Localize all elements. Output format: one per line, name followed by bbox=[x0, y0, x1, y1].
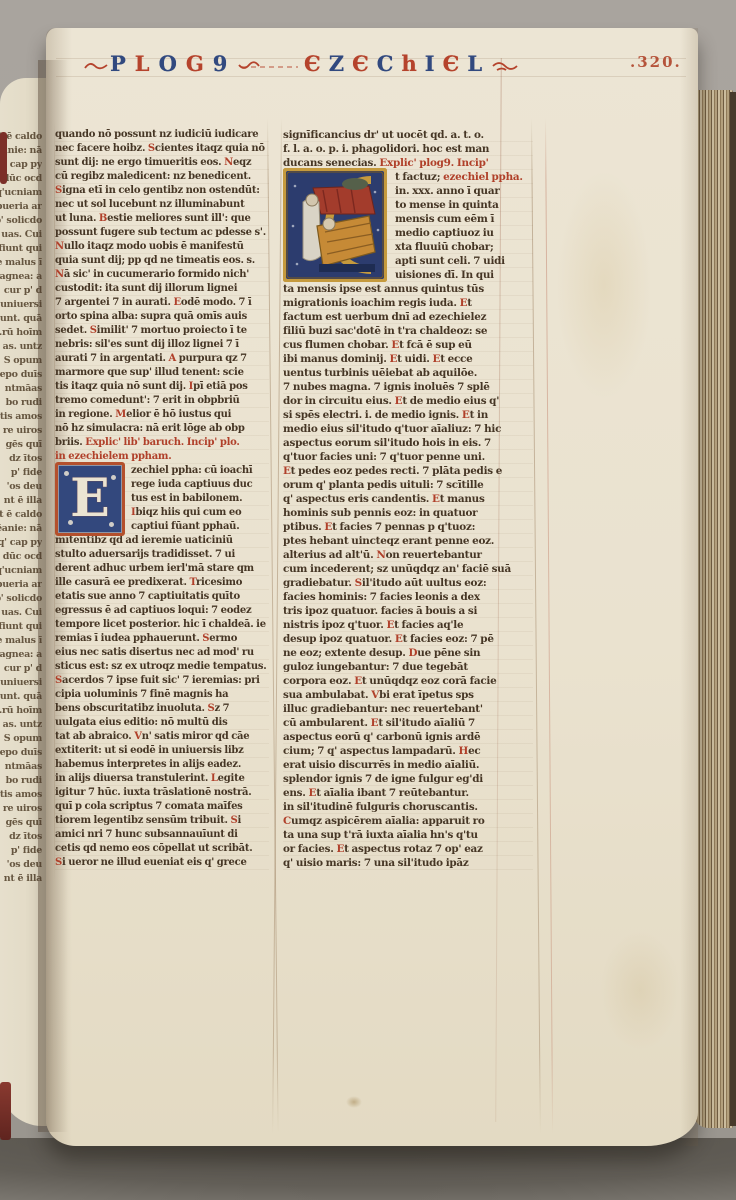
text-segment: biqz hiis qui cum eo bbox=[135, 507, 241, 518]
text-line: ptibus. Et facies 7 pennas p q'tuoz: bbox=[283, 520, 533, 534]
text-segment: mītentibz qd ad ieremie uaticiniū bbox=[55, 535, 233, 546]
text-line: bens obscuritatibz inuoluta. Sz 7 bbox=[55, 702, 269, 716]
gutter-text-fragment: ntmāas bbox=[0, 382, 42, 396]
text-segment: uulgata eius editio: nō multū dis bbox=[55, 717, 227, 728]
text-line: alterius ad alt'ū. Non reuertebantur bbox=[283, 548, 533, 562]
gutter-text-fragment: a uas. Cui bbox=[0, 606, 42, 620]
text-segment: orum q' planta pedis uituli: 7 scītille bbox=[283, 479, 484, 491]
header-letter: G bbox=[186, 51, 213, 76]
text-segment: D bbox=[409, 647, 418, 659]
text-line: aspectus eorū q' carbonū ignis ardē bbox=[283, 730, 533, 744]
gutter-text-fragment: unt. quā bbox=[0, 312, 42, 326]
gutter-text-fragment: tis amos bbox=[0, 788, 42, 802]
text-segment: igitur 7 hūc. iuxta trāslationē nostrā. bbox=[55, 787, 252, 798]
text-segment: in alijs diuersa transtulerint. bbox=[55, 773, 211, 784]
text-segment: V bbox=[371, 689, 379, 701]
text-line: factum est uerbum dnī ad ezechielez bbox=[283, 310, 533, 324]
text-segment: 7 nubes magna. 7 ignis inoluēs 7 splē bbox=[283, 381, 490, 393]
text-segment: nō hz simulacra: nā erit lōge ab obp bbox=[55, 423, 245, 434]
text-segment: in ezechielem ppham. bbox=[55, 451, 172, 462]
text-segment: z 7 bbox=[215, 703, 230, 714]
text-segment: facies hominis: 7 facies leonis a dex bbox=[283, 591, 480, 603]
gutter-text-fragment: ī q'ucniam bbox=[0, 186, 42, 200]
text-segment: ezechiel ppha. bbox=[443, 171, 523, 183]
text-segment: filiū buzi sac'dotē in t'ra chaldeoz: se bbox=[283, 325, 487, 337]
text-line: eius nec satis disertus nec ad mod' ru bbox=[55, 646, 269, 660]
text-segment: S bbox=[55, 185, 62, 196]
gutter-text-fragment: S opum bbox=[0, 732, 42, 746]
text-line: cetis qd nemo eos cōpellat ut scribāt. bbox=[55, 842, 269, 856]
filigree-dot bbox=[109, 522, 114, 527]
text-segment: E bbox=[336, 843, 344, 855]
text-line: cū ambularent. Et sil'itudo aīaliū 7 bbox=[283, 716, 533, 730]
gutter-text-fragment: ī q'ucniam bbox=[0, 564, 42, 578]
header-letter: h bbox=[402, 51, 425, 76]
text-segment: f. l. a. o. p. i. phagolidori. hoc est m… bbox=[283, 143, 489, 155]
text-line: dor in circuitu eius. Et de medio eius q… bbox=[283, 394, 533, 408]
text-line: in regione. Melior ē hō iustus qui bbox=[55, 408, 269, 422]
text-segment: E bbox=[462, 409, 470, 421]
text-line: orum q' planta pedis uituli: 7 scītille bbox=[283, 478, 533, 492]
text-line: corpora eoz. Et unūqdqz eoz corā facie bbox=[283, 674, 533, 688]
text-line: in alijs diuersa transtulerint. Legite bbox=[55, 772, 269, 786]
text-segment: on reuertebantur bbox=[386, 549, 482, 561]
text-segment: marmore que sup' illud tenent: scie bbox=[55, 367, 244, 378]
text-segment: acerdos 7 ipse fuit sic' 7 ieremias: pri bbox=[62, 675, 260, 686]
text-segment: factum est uerbum dnī ad ezechielez bbox=[283, 311, 486, 323]
text-segment: H bbox=[458, 745, 468, 757]
gutter-text-fragment: j fiunt qui bbox=[0, 242, 42, 256]
text-segment: pī etiā pos bbox=[193, 381, 248, 392]
bed-base bbox=[319, 264, 375, 272]
text-line: ille casurā ee predixerat. Tricesimo bbox=[55, 576, 269, 590]
text-segment: habemus interpretes in alijs eadez. bbox=[55, 759, 241, 770]
parchment-stain bbox=[346, 1096, 362, 1108]
text-segment: in sil'itudinē fulguris choruscantis. bbox=[283, 801, 478, 813]
manuscript-photo-scene: nit ē caldoēanie: nāq' cap pya dūc ocd'ī… bbox=[0, 0, 736, 1200]
text-segment: derent adhuc urbem ierl'mā stare qm bbox=[55, 563, 254, 574]
text-segment: n' satis miror qd cāe bbox=[142, 731, 250, 742]
header-letter: L bbox=[135, 51, 159, 76]
facing-page-text-fragments: nit ē caldoēanie: nāq' cap pya dūc ocd'ī… bbox=[0, 130, 42, 1090]
text-line: ens. Et aīalia ibant 7 reūtebantur. bbox=[283, 786, 533, 800]
text-segment: briis. bbox=[55, 437, 85, 448]
text-segment: S bbox=[148, 143, 155, 154]
text-segment: quī p cola scriptus 7 comata maīfes bbox=[55, 801, 243, 812]
text-line: guloz iungebantur: 7 due tegebāt bbox=[283, 660, 533, 674]
gutter-text-fragment: epo duīs bbox=[0, 746, 42, 760]
text-line: nō hz simulacra: nā erit lōge ab obp bbox=[55, 422, 269, 436]
text-segment: amici nri 7 hunc subsannauīunt di bbox=[55, 829, 238, 840]
text-segment: cū ambularent. bbox=[283, 717, 371, 729]
text-segment: ptibus. bbox=[283, 521, 324, 533]
text-line: 7 argentei 7 in aurati. Eodē modo. 7 ī bbox=[55, 296, 269, 310]
text-segment: ec bbox=[468, 745, 480, 757]
text-segment: cus flumen chobar. bbox=[283, 339, 391, 351]
text-line: q'tuor facies uni: 7 q'tuor penne uni. bbox=[283, 450, 533, 464]
binding-edge-right bbox=[730, 92, 736, 1126]
text-segment: E bbox=[173, 297, 180, 308]
text-segment: medio eius sil'itudo q'tuor aīaliuz: 7 h… bbox=[283, 423, 501, 435]
text-segment: tus est in babilonem. bbox=[131, 493, 242, 504]
gutter-text-fragment: nt ē illa bbox=[0, 494, 42, 508]
gutter-text-fragment: unt. quā bbox=[0, 690, 42, 704]
miniature-ezekiel-vision: E bbox=[283, 168, 387, 282]
table-shadow bbox=[0, 1138, 736, 1200]
text-segment: cium; 7 q' aspectus lampadarū. bbox=[283, 745, 458, 757]
text-line: igitur 7 hūc. iuxta trāslationē nostrā. bbox=[55, 786, 269, 800]
text-line: cum incederent; sz unūqdqz an' faciē suā bbox=[283, 562, 533, 576]
text-line: stulto aduersarijs tradidisset. 7 ui bbox=[55, 548, 269, 562]
text-segment: ens. bbox=[283, 787, 309, 799]
text-segment: t facies aq'le bbox=[394, 619, 463, 631]
filigree-dot bbox=[64, 471, 69, 476]
filigree-dot bbox=[68, 520, 73, 525]
text-line: quī p cola scriptus 7 comata maīfes bbox=[55, 800, 269, 814]
text-segment: il'itudo aūt uultus eoz: bbox=[362, 577, 487, 589]
gutter-text-fragment: cur p' d bbox=[0, 662, 42, 676]
text-segment: splendor ignis 7 de igne fulgur eg'di bbox=[283, 773, 483, 785]
header-letter: Z bbox=[329, 51, 352, 76]
text-line: egressus ē ad captiuos loqui: 7 eodez bbox=[55, 604, 269, 618]
text-line: mītentibz qd ad ieremie uaticiniū bbox=[55, 534, 269, 548]
text-segment: E bbox=[283, 465, 291, 477]
text-segment: orto spina alba: supra quā omīs auis bbox=[55, 311, 247, 322]
text-segment: dor in circuitu eius. bbox=[283, 395, 395, 407]
gutter-text-fragment: a uas. Cui bbox=[0, 228, 42, 242]
gutter-text-fragment: gēs quī bbox=[0, 438, 42, 452]
gutter-text-fragment: agnea: a bbox=[0, 648, 42, 662]
header-letter: P bbox=[110, 51, 135, 76]
text-line: ptes hebant uincteqz erant penne eoz. bbox=[283, 534, 533, 548]
gutter-text-fragment: a dūc ocd' bbox=[0, 550, 42, 564]
gutter-text-fragment: as. untz bbox=[0, 340, 42, 354]
text-segment: uentus turbinis uēiebat ab aquilōe. bbox=[283, 367, 477, 379]
text-segment: quia sunt dij; pp qd ne timeatis eos. s. bbox=[55, 255, 255, 266]
text-segment: S bbox=[355, 577, 362, 589]
text-line: tris ipoz quatuor. facies ā bouis a si bbox=[283, 604, 533, 618]
text-segment: corpora eoz. bbox=[283, 675, 354, 687]
text-segment: E bbox=[395, 633, 403, 645]
text-line: marmore que sup' illud tenent: scie bbox=[55, 366, 269, 380]
text-segment: t aīalia ibant 7 reūtebantur. bbox=[316, 787, 469, 799]
gutter-text-fragment: os deu' bbox=[0, 480, 42, 494]
text-segment: purpura qz 7 bbox=[176, 353, 247, 364]
text-segment: ille casurā ee predixerat. bbox=[55, 577, 189, 588]
text-line: sedet. Similit' 7 mortuo proiecto ī te bbox=[55, 324, 269, 338]
gutter-text-fragment: epo duīs bbox=[0, 368, 42, 382]
text-segment: S bbox=[208, 703, 215, 714]
gutter-text-fragment: bo rudi bbox=[0, 396, 42, 410]
text-line: desup ipoz quatuor. Et facies eoz: 7 pē bbox=[283, 632, 533, 646]
gutter-text-fragment: gēs quī bbox=[0, 816, 42, 830]
text-segment: nec ut sol lucebunt nz illuminabunt bbox=[55, 199, 244, 210]
text-line: habemus interpretes in alijs eadez. bbox=[55, 758, 269, 772]
text-segment: erat uisio discurrēs in medio aīaliū. bbox=[283, 759, 479, 771]
text-segment: t in bbox=[470, 409, 488, 421]
text-segment: tat ab abraico. bbox=[55, 731, 134, 742]
text-line: splendor ignis 7 de igne fulgur eg'di bbox=[283, 772, 533, 786]
header-letter: I bbox=[425, 51, 443, 76]
book-fore-edge-pages bbox=[694, 90, 733, 1128]
gutter-text-fragment: re uiros bbox=[0, 424, 42, 438]
text-segment: sticus est: sz ex utroqz medie tempatus. bbox=[55, 661, 267, 672]
text-segment: M bbox=[115, 409, 126, 420]
text-line: Signa etī in celo gentibz non ostendūt: bbox=[55, 184, 269, 198]
text-line: sunt dij: ne ergo timueritis eos. Neqz bbox=[55, 156, 269, 170]
text-segment: cū regibz maledicent: nz benedicent. bbox=[55, 171, 251, 182]
text-segment: cipia uoluminis 7 finē magnis ha bbox=[55, 689, 228, 700]
text-segment: in regione. bbox=[55, 409, 115, 420]
gutter-text-fragment: agnea: a bbox=[0, 270, 42, 284]
canopy-top bbox=[342, 178, 368, 190]
text-line: briis. Explic' lib' baruch. Incip' plo. bbox=[55, 436, 269, 450]
text-line: custodit: ita sunt dij illorum lignei bbox=[55, 282, 269, 296]
text-line: in sil'itudinē fulguris choruscantis. bbox=[283, 800, 533, 814]
text-segment: t facies eoz: 7 pē bbox=[403, 633, 494, 645]
gutter-text-fragment: rū hoīm. bbox=[0, 704, 42, 718]
text-segment: quando nō possunt nz iudiciū iudicare bbox=[55, 129, 258, 140]
text-line: sticus est: sz ex utroqz medie tempatus. bbox=[55, 660, 269, 674]
text-line: aurati 7 in argentati. A purpura qz 7 bbox=[55, 352, 269, 366]
text-line: Nā sic' in cucumerario formido nich' bbox=[55, 268, 269, 282]
gutter-text-fragment: uniuersi bbox=[0, 298, 42, 312]
text-line: quia sunt dij; pp qd ne timeatis eos. s. bbox=[55, 254, 269, 268]
text-line: uentus turbinis uēiebat ab aquilōe. bbox=[283, 366, 533, 380]
text-segment: N bbox=[55, 269, 64, 280]
text-segment: S bbox=[55, 675, 62, 686]
header-letter: Є bbox=[352, 51, 377, 76]
text-segment: hominis sub pennis eoz: in quatuor bbox=[283, 507, 477, 519]
gutter-text-fragment: p' fide bbox=[0, 466, 42, 480]
text-segment: sua ambulabat. bbox=[283, 689, 371, 701]
text-segment: S bbox=[90, 325, 97, 336]
gutter-text-fragment: nit ē caldo bbox=[0, 508, 42, 522]
gutter-text-fragment: p' solicdo bbox=[0, 214, 42, 228]
text-segment: Explic' lib' baruch. Incip' plo. bbox=[85, 437, 239, 448]
text-segment: i ueror ne illud eueniat eis q' grece bbox=[62, 857, 247, 868]
text-segment: remias ī iudea pphauerunt. bbox=[55, 633, 202, 644]
text-segment: to mense in quinta bbox=[395, 199, 499, 211]
text-segment: tempore licet posterior. hic ī chaldeā. … bbox=[55, 619, 266, 630]
text-line: tiorem legentibz sensūm tribuit. Si bbox=[55, 814, 269, 828]
text-segment: E bbox=[386, 619, 394, 631]
text-segment: desup ipoz quatuor. bbox=[283, 633, 395, 645]
text-segment: ullo itaqz modo uobis ē manifestū bbox=[64, 241, 244, 252]
header-letter: L bbox=[467, 51, 490, 76]
header-letter: Є bbox=[443, 51, 468, 76]
header-word-ezechiel: ЄZЄChIЄL bbox=[304, 50, 520, 78]
text-segment: eius nec satis disertus nec ad mod' ru bbox=[55, 647, 254, 658]
text-segment: sedet. bbox=[55, 325, 90, 336]
header-letter: 9 bbox=[213, 51, 237, 76]
text-line: nebris: sil'es sunt dij illoz lignei 7 ī bbox=[55, 338, 269, 352]
text-segment: t factuz; bbox=[395, 171, 443, 183]
text-line: ne eoz; extente desup. Due pēne sin bbox=[283, 646, 533, 660]
text-segment: E bbox=[354, 675, 362, 687]
text-segment: t bbox=[467, 297, 472, 309]
text-segment: in. xxx. anno ī quar bbox=[395, 185, 500, 197]
text-segment: nistris ipoz q'tuor. bbox=[283, 619, 386, 631]
text-segment: egite bbox=[218, 773, 245, 784]
text-segment: signīficancius dr' ut uocēt qd. a. t. o. bbox=[283, 129, 484, 141]
text-segment: captiui fūant pphaū. bbox=[131, 521, 239, 532]
text-line: tat ab abraico. Vn' satis miror qd cāe bbox=[55, 730, 269, 744]
gutter-text-fragment: dz ītos bbox=[0, 452, 42, 466]
text-segment: cientes itaqz quia nō bbox=[155, 143, 265, 154]
text-segment: igna etī in celo gentibz non ostendūt: bbox=[62, 185, 260, 196]
text-segment: t fcā ē sup eū bbox=[399, 339, 472, 351]
text-segment: V bbox=[134, 731, 142, 742]
text-line: sua ambulabat. Vbi erat īpetus sps bbox=[283, 688, 533, 702]
text-line: 7 nubes magna. 7 ignis inoluēs 7 splē bbox=[283, 380, 533, 394]
text-segment: E bbox=[324, 521, 332, 533]
text-segment: illuc gradiebantur: nec reuertebant' bbox=[283, 703, 483, 715]
text-segment: bens obscuritatibz inuoluta. bbox=[55, 703, 208, 714]
text-line: illuc gradiebantur: nec reuertebant' bbox=[283, 702, 533, 716]
text-line: si spēs electri. i. de medio ignis. Et i… bbox=[283, 408, 533, 422]
gutter-text-fragment: pueria ar bbox=[0, 578, 42, 592]
decorated-initial-E: E bbox=[55, 462, 125, 536]
text-segment: guloz iungebantur: 7 due tegebāt bbox=[283, 661, 468, 673]
pen-flourish-icon bbox=[492, 59, 518, 73]
gutter-text-fragment: tis amos bbox=[0, 410, 42, 424]
line-filler-ornament bbox=[242, 66, 298, 68]
text-segment: aurati 7 in argentati. bbox=[55, 353, 169, 364]
text-segment: cetis qd nemo eos cōpellat ut scribāt. bbox=[55, 843, 252, 854]
text-segment: N bbox=[224, 157, 233, 168]
sleeping-ezekiel-head bbox=[323, 218, 335, 230]
text-segment: L bbox=[211, 773, 218, 784]
text-segment: xta fluuiū chobar; bbox=[395, 241, 494, 253]
text-segment: tis itaqz quia nō sunt dij. bbox=[55, 381, 189, 392]
text-line: nec ut sol lucebunt nz illuminabunt bbox=[55, 198, 269, 212]
text-line: cū regibz maledicent: nz benedicent. bbox=[55, 170, 269, 184]
text-segment: migrationis ioachim regis iuda. bbox=[283, 297, 460, 309]
text-segment: ta mensis ipse est annus quintus tūs bbox=[283, 283, 484, 295]
text-line: q' aspectus eris candentis. Et manus bbox=[283, 492, 533, 506]
gutter-text-fragment: uniuersi bbox=[0, 676, 42, 690]
text-line: ut luna. Bestie meliores sunt ill': que bbox=[55, 212, 269, 226]
text-segment: t manus bbox=[440, 493, 485, 505]
text-line: f. l. a. o. p. i. phagolidori. hoc est m… bbox=[283, 142, 533, 156]
text-segment: ricesimo bbox=[196, 577, 242, 588]
text-segment: custodit: ita sunt dij illorum lignei bbox=[55, 283, 237, 294]
text-segment: extiterit: ut si eodē in uniuersis libz bbox=[55, 745, 244, 756]
text-line: Cumqz aspicērem aīalia: apparuit ro bbox=[283, 814, 533, 828]
text-segment: odē modo. 7 ī bbox=[181, 297, 252, 308]
text-segment: aspectus eorum sil'itudo hois in eis. 7 bbox=[283, 437, 491, 449]
text-segment: possunt fugere sub tectum ac pdesse s'. bbox=[55, 227, 266, 238]
text-segment: ā sic' in cucumerario formido nich' bbox=[64, 269, 249, 280]
text-line: filiū buzi sac'dotē in t'ra chaldeoz: se bbox=[283, 324, 533, 338]
text-segment: eqz bbox=[233, 157, 251, 168]
text-segment: sunt dij: ne ergo timueritis eos. bbox=[55, 157, 224, 168]
text-line: uulgata eius editio: nō multū dis bbox=[55, 716, 269, 730]
header-letter: Є bbox=[304, 51, 329, 76]
text-segment: ta una sup t'rā iuxta aīalia hn's q'tu bbox=[283, 829, 478, 841]
text-line: tremo comedunt': 7 erit in obpbriū bbox=[55, 394, 269, 408]
text-segment: ne eoz; extente desup. bbox=[283, 647, 409, 659]
text-segment: imilit' 7 mortuo proiecto ī te bbox=[97, 325, 247, 336]
text-segment: t uidi. bbox=[397, 353, 432, 365]
running-header: PLOG9 ЄZЄChIЄL .320. bbox=[46, 46, 698, 86]
text-segment: E bbox=[389, 353, 397, 365]
text-segment: aspectus eorū q' carbonū ignis ardē bbox=[283, 731, 480, 743]
text-segment: gradiebatur. bbox=[283, 577, 355, 589]
text-segment: A bbox=[169, 353, 177, 364]
gutter-text-fragment: pueria ar bbox=[0, 200, 42, 214]
text-segment: E bbox=[391, 339, 399, 351]
text-line: migrationis ioachim regis iuda. Et bbox=[283, 296, 533, 310]
text-segment: alterius ad alt'ū. bbox=[283, 549, 376, 561]
text-segment: nec facere hoibz. bbox=[55, 143, 148, 154]
header-letter: C bbox=[377, 51, 402, 76]
text-line: erat uisio discurrēs in medio aīaliū. bbox=[283, 758, 533, 772]
text-line: etatis sue anno 7 captiuitatis quīto bbox=[55, 590, 269, 604]
filigree-dot bbox=[111, 475, 116, 480]
text-segment: N bbox=[376, 549, 385, 561]
parchment-stain bbox=[556, 170, 652, 400]
text-line: ta una sup t'rā iuxta aīalia hn's q'tu bbox=[283, 828, 533, 842]
text-line: Sacerdos 7 ipse fuit sic' 7 ieremias: pr… bbox=[55, 674, 269, 688]
text-line: nistris ipoz q'tuor. Et facies aq'le bbox=[283, 618, 533, 632]
gutter-text-fragment: nt ē illa bbox=[0, 872, 42, 886]
gutter-text-fragment: as. untz bbox=[0, 718, 42, 732]
text-segment: zechiel ppha: cū ioachī bbox=[131, 465, 252, 476]
text-segment: 7 argentei 7 in aurati. bbox=[55, 297, 173, 308]
text-line: quando nō possunt nz iudiciū iudicare bbox=[55, 128, 269, 142]
text-segment: tiorem legentibz sensūm tribuit. bbox=[55, 815, 230, 826]
text-segment: q' uisio maris: 7 una sil'itudo ipāz bbox=[283, 857, 469, 869]
text-segment: t sil'itudo aīaliū 7 bbox=[378, 717, 475, 729]
binding-edge-left-bottom bbox=[0, 1082, 11, 1140]
text-line: tempore licet posterior. hic ī chaldeā. … bbox=[55, 618, 269, 632]
gutter-text-fragment: j fiunt qui bbox=[0, 620, 42, 634]
text-line: amici nri 7 hunc subsannauīunt di bbox=[55, 828, 269, 842]
text-segment: tremo comedunt': 7 erit in obpbriū bbox=[55, 395, 240, 406]
binding-edge-left-top bbox=[0, 132, 7, 184]
text-line: Et pedes eoz pedes recti. 7 plāta pedis … bbox=[283, 464, 533, 478]
parchment-stain bbox=[600, 930, 680, 1050]
text-line: nec facere hoibz. Scientes itaqz quia nō bbox=[55, 142, 269, 156]
text-segment: estie meliores sunt ill': que bbox=[107, 213, 250, 224]
text-segment: umqz aspicērem aīalia: apparuit ro bbox=[291, 815, 485, 827]
text-segment: medio captiuoz iu bbox=[395, 227, 494, 239]
text-segment: B bbox=[99, 213, 107, 224]
text-segment: elior ē hō iustus qui bbox=[126, 409, 231, 420]
text-line: possunt fugere sub tectum ac pdesse s'. bbox=[55, 226, 269, 240]
text-segment: Explic' plog9. Incip' bbox=[379, 157, 488, 169]
text-segment: ut luna. bbox=[55, 213, 99, 224]
text-segment: rege iuda captiuus duc bbox=[131, 479, 252, 490]
text-segment: q' aspectus eris candentis. bbox=[283, 493, 432, 505]
text-segment: or facies. bbox=[283, 843, 336, 855]
text-segment: ermo bbox=[209, 633, 237, 644]
text-segment: t facies 7 pennas p q'tuoz: bbox=[332, 521, 475, 533]
folio-number: .320. bbox=[630, 52, 682, 72]
gutter-text-fragment: S opum bbox=[0, 354, 42, 368]
text-line: signīficancius dr' ut uocēt qd. a. t. o. bbox=[283, 128, 533, 142]
text-line: cus flumen chobar. Et fcā ē sup eū bbox=[283, 338, 533, 352]
pen-flourish-icon bbox=[84, 60, 108, 72]
gutter-text-fragment: e malus ī bbox=[0, 634, 42, 648]
header-word-prologus: PLOG9 bbox=[82, 50, 262, 78]
text-line: ibi manus dominij. Et uidi. Et ecce bbox=[283, 352, 533, 366]
text-line: cium; 7 q' aspectus lampadarū. Hec bbox=[283, 744, 533, 758]
gutter-text-fragment: dz ītos bbox=[0, 830, 42, 844]
gutter-text-fragment: p' fide bbox=[0, 844, 42, 858]
